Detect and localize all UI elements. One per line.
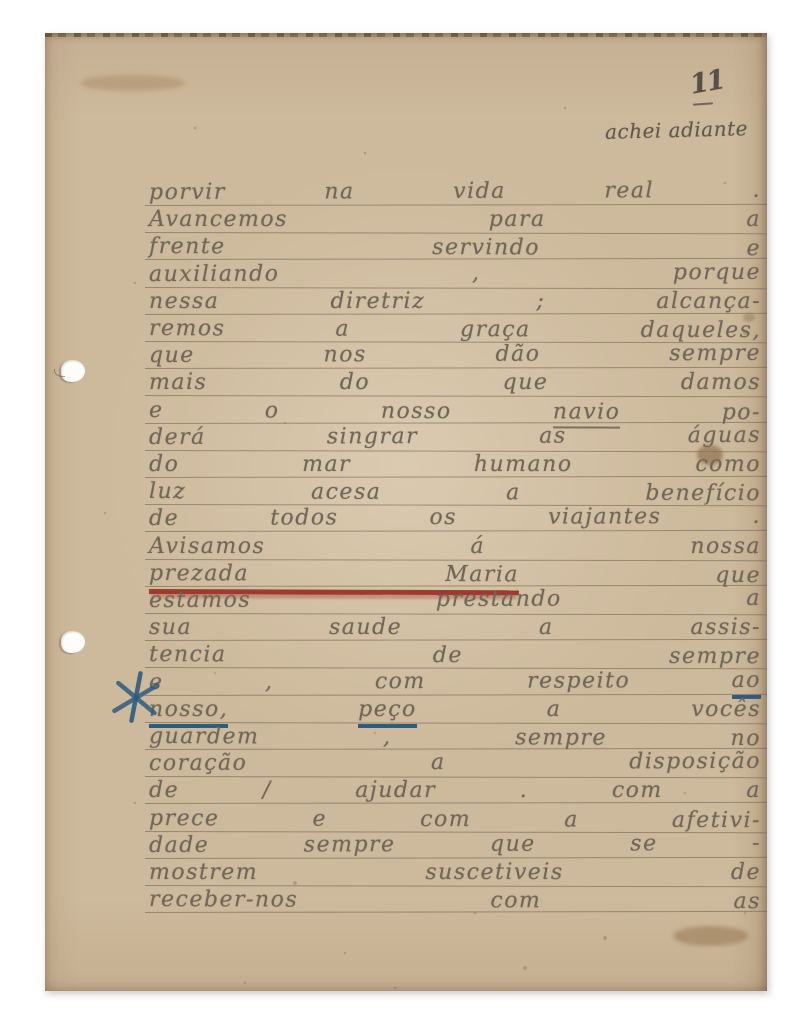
manuscript-line: e , com respeito ao: [149, 665, 761, 697]
manuscript-text-segment: Avisamos á nossa: [149, 534, 761, 559]
manuscript-line: coração a disposição: [149, 747, 761, 779]
manuscript-line: mostrem suscetiveis de: [149, 858, 761, 888]
manuscript-page: 11 achei adiante porvir na vida real .Av…: [45, 33, 767, 991]
manuscript-text-segment: estamos prestando a: [149, 586, 761, 613]
manuscript-text-segment: de todos os viajantes .: [149, 504, 761, 531]
stain: [673, 926, 748, 946]
punch-hole: [61, 631, 85, 653]
manuscript-line: receber-nos com as: [149, 885, 761, 917]
manuscript-line: dade sempre que se -: [149, 829, 761, 861]
manuscript-text-segment: dade sempre que se -: [149, 831, 761, 858]
stain: [80, 75, 185, 91]
manuscript-text-segment: Avancemos para a: [149, 207, 761, 232]
punch-hole: [61, 360, 85, 382]
manuscript-text-segment: mais do que damos: [149, 370, 761, 395]
manuscript-text-segment: sua saude a assis-: [149, 615, 761, 640]
manuscript-text-segment: e , com respeito: [149, 668, 630, 695]
manuscript-text-segment: a vocês: [547, 697, 761, 722]
manuscript-line: Avancemos para a: [149, 205, 761, 235]
manuscript-text-segment: coração a disposição: [149, 749, 761, 776]
manuscript-text-segment: de / ajudar . com a: [149, 778, 761, 803]
manuscript-line: que nos dão sempre: [149, 339, 761, 371]
manuscript-text-segment: auxiliando , porque: [149, 259, 761, 286]
manuscript-text-segment: e o nosso: [149, 398, 452, 424]
manuscript-line: porvir na vida real .: [149, 176, 761, 208]
page-number-underline: [693, 102, 713, 105]
page-number: 11: [688, 66, 726, 98]
page-top-edge: [45, 33, 767, 37]
manuscript-line: nosso, peço a vocês: [149, 695, 761, 725]
manuscript-line: de todos os viajantes .: [149, 502, 761, 534]
manuscript-text-segment: porvir na vida real .: [149, 178, 761, 205]
manuscript-line: nessa diretriz ; alcança-: [149, 287, 761, 317]
manuscript-text-segment: mostrem suscetiveis de: [149, 860, 761, 885]
manuscript-text-segment: receber-nos com as: [149, 887, 761, 914]
manuscript-text-segment: nessa diretriz ; alcança-: [149, 289, 761, 314]
manuscript-line: Avisamos á nossa: [149, 532, 761, 562]
manuscript-line: de / ajudar . com a: [149, 776, 761, 806]
manuscript-text-segment: que nos dão sempre: [149, 341, 761, 368]
manuscript-line: do mar humano como: [149, 450, 761, 480]
manuscript-text-segment: do mar humano como: [149, 452, 761, 477]
manuscript-line: mais do que damos: [149, 368, 761, 398]
manuscript-line: auxiliando , porque: [149, 257, 761, 289]
manuscript-line: estamos prestando a: [149, 584, 761, 616]
manuscript-line: derá singrar as águas: [149, 421, 761, 453]
manuscript-line: sua saude a assis-: [149, 613, 761, 643]
asterisk-icon: [110, 668, 161, 727]
manuscript-text-segment: derá singrar as águas: [149, 423, 761, 450]
scanned-page-background: 11 achei adiante porvir na vida real .Av…: [0, 0, 806, 1024]
top-annotation: achei adiante: [605, 117, 748, 143]
